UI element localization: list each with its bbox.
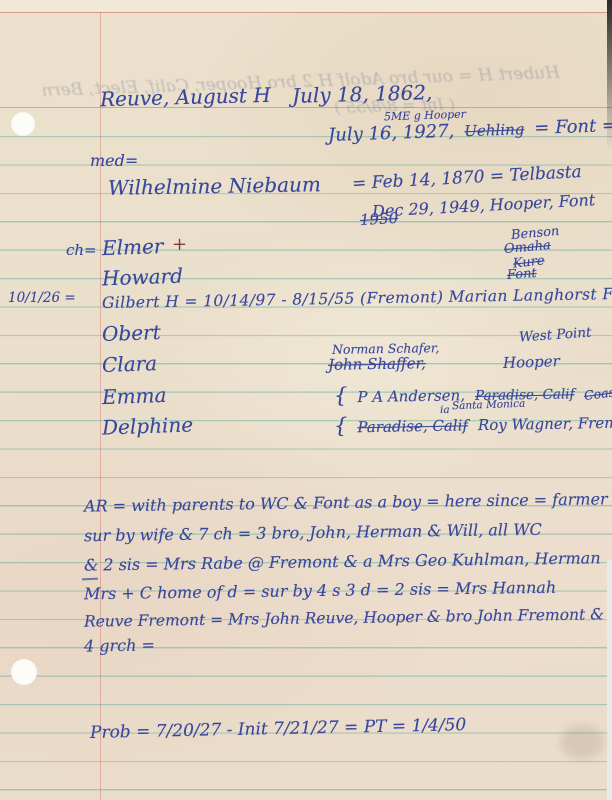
death-place-final: = Font = xyxy=(534,116,612,139)
birth-date: July 18, 1862, xyxy=(292,81,433,107)
clara-place: Hooper xyxy=(503,353,560,371)
punch-hole-top xyxy=(11,112,35,136)
child-obert: Obert xyxy=(102,321,161,345)
child-howard: Howard xyxy=(102,265,184,290)
punch-hole-bottom xyxy=(11,659,37,685)
delphine-place-struck: Paradise, Calif xyxy=(357,417,468,435)
child-clara: Clara xyxy=(102,352,158,376)
child-delphine: Delphine xyxy=(102,413,194,438)
clara-spouse-struck: John Shaffer, xyxy=(328,355,426,373)
paper-smudge xyxy=(560,725,604,759)
child-emma: Emma xyxy=(102,384,167,408)
death-date: July 16, 1927, xyxy=(328,122,455,146)
emma-spouse: P A Andersen, xyxy=(357,387,465,405)
notebook-page: Hubert H = our bro Adolf H 2 bro Hooper,… xyxy=(0,0,612,800)
child-elmer: Elmer xyxy=(102,235,164,259)
delphine-insert: ia xyxy=(440,405,450,417)
red-rule-top xyxy=(0,12,612,13)
scan-edge-light xyxy=(607,560,612,800)
place-font-struck: Font xyxy=(507,267,538,283)
obit-line-6: 4 grch = xyxy=(84,636,155,655)
emma-place-struck-2: Coast xyxy=(584,385,612,403)
delphine-spouse: Roy Wagner, Fremont xyxy=(478,414,612,433)
death-place-struck: Uehling xyxy=(464,121,525,140)
brace-icon: { xyxy=(334,414,348,437)
spouse-name: Wilhelmine Niebaum xyxy=(108,173,321,199)
children-label: ch= xyxy=(66,242,97,259)
surname-heading: Reuve, August H xyxy=(100,84,271,110)
elmer-plus-mark: + xyxy=(172,235,187,255)
brace-icon: { xyxy=(334,384,348,407)
delphine-line: { Paradise, Calif Roy Wagner, Fremont xyxy=(334,409,612,437)
paper-top-strip xyxy=(0,0,612,12)
married-label: med= xyxy=(90,152,138,170)
gilbert-marriage-date: 10/1/26 = xyxy=(8,291,76,306)
